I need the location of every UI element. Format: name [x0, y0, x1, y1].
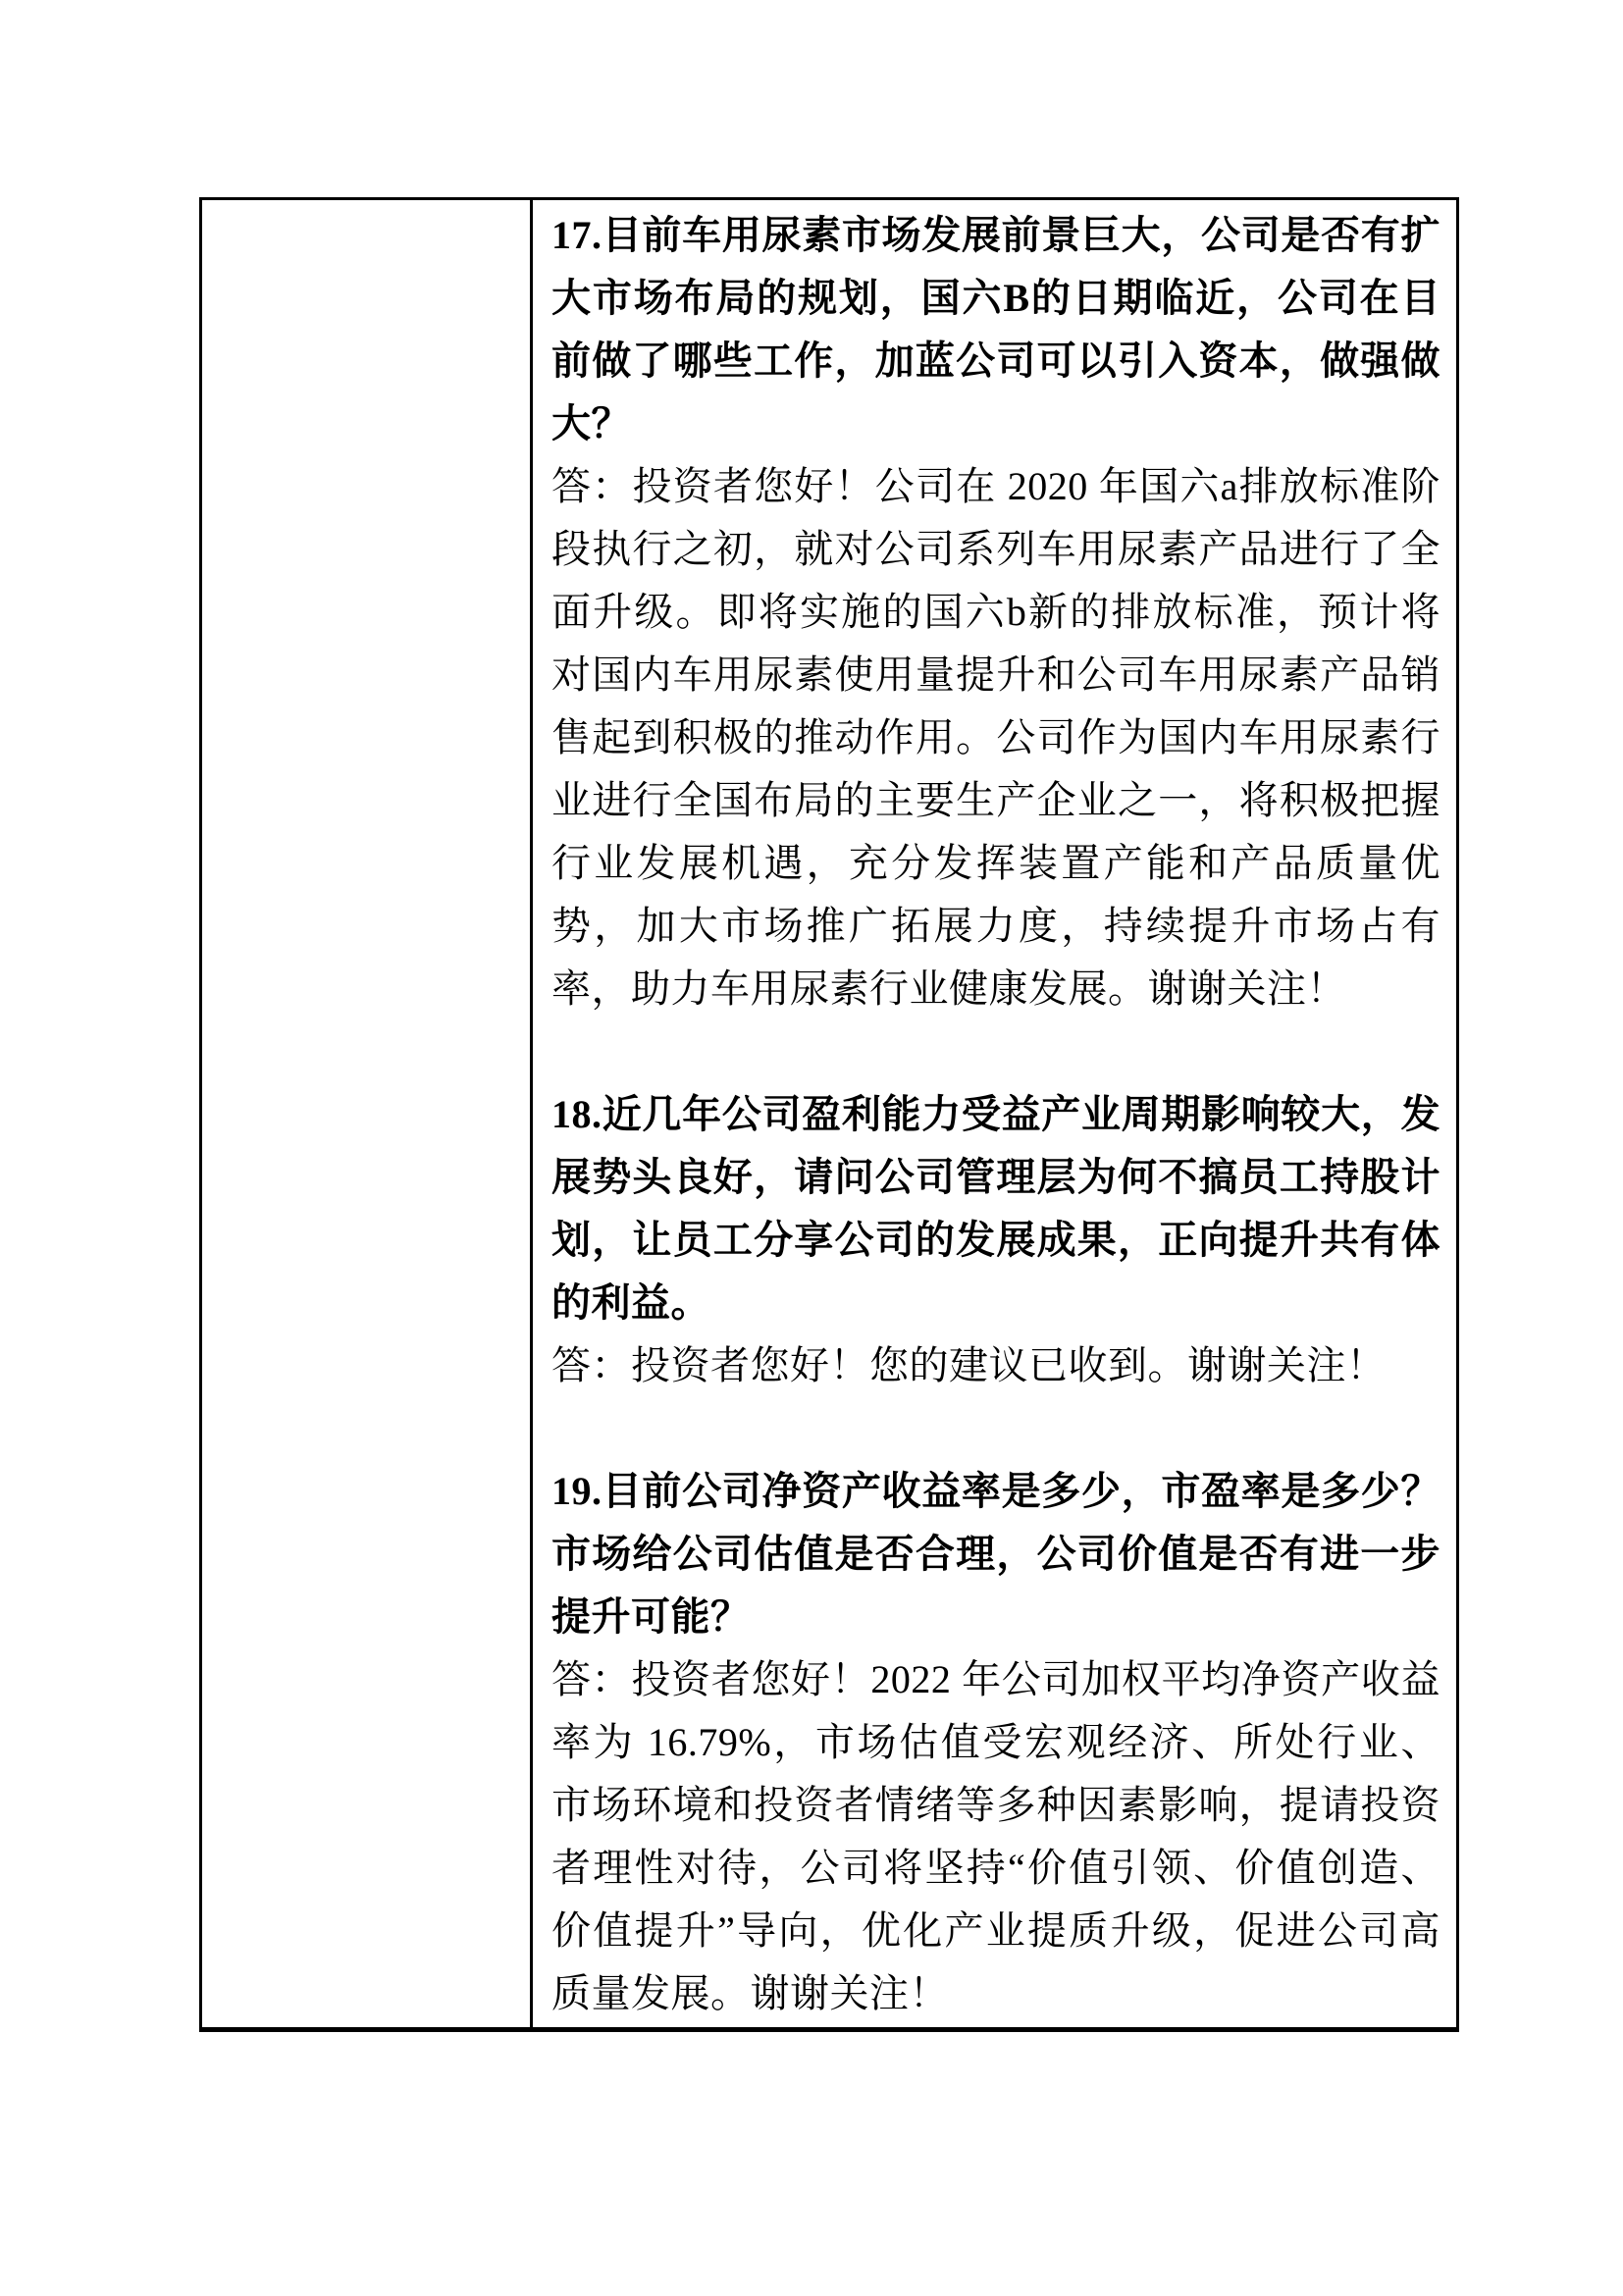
qa-block-17: 17.目前车用尿素市场发展前景巨大，公司是否有扩大市场布局的规划，国六B的日期临… [551, 204, 1440, 1020]
question-19: 19.目前公司净资产收益率是多少，市盈率是多少？市场给公司估值是否合理，公司价值… [551, 1460, 1440, 1648]
answer-18: 答：投资者您好！您的建议已收到。谢谢关注！ [551, 1334, 1440, 1397]
qa-block-18: 18.近几年公司盈利能力受益产业周期影响较大，发展势头良好，请问公司管理层为何不… [551, 1083, 1440, 1397]
question-17: 17.目前车用尿素市场发展前景巨大，公司是否有扩大市场布局的规划，国六B的日期临… [551, 204, 1440, 455]
qa-table: 17.目前车用尿素市场发展前景巨大，公司是否有扩大市场布局的规划，国六B的日期临… [199, 197, 1459, 2032]
answer-19: 答：投资者您好！2022 年公司加权平均净资产收益率为 16.79%，市场估值受… [551, 1648, 1440, 2025]
question-18: 18.近几年公司盈利能力受益产业周期影响较大，发展势头良好，请问公司管理层为何不… [551, 1083, 1440, 1334]
qa-block-19: 19.目前公司净资产收益率是多少，市盈率是多少？市场给公司估值是否合理，公司价值… [551, 1460, 1440, 2025]
table-left-cell [202, 200, 533, 2027]
answer-17: 答：投资者您好！公司在 2020 年国六a排放标准阶段执行之初，就对公司系列车用… [551, 455, 1440, 1020]
table-right-cell: 17.目前车用尿素市场发展前景巨大，公司是否有扩大市场布局的规划，国六B的日期临… [533, 200, 1456, 2027]
